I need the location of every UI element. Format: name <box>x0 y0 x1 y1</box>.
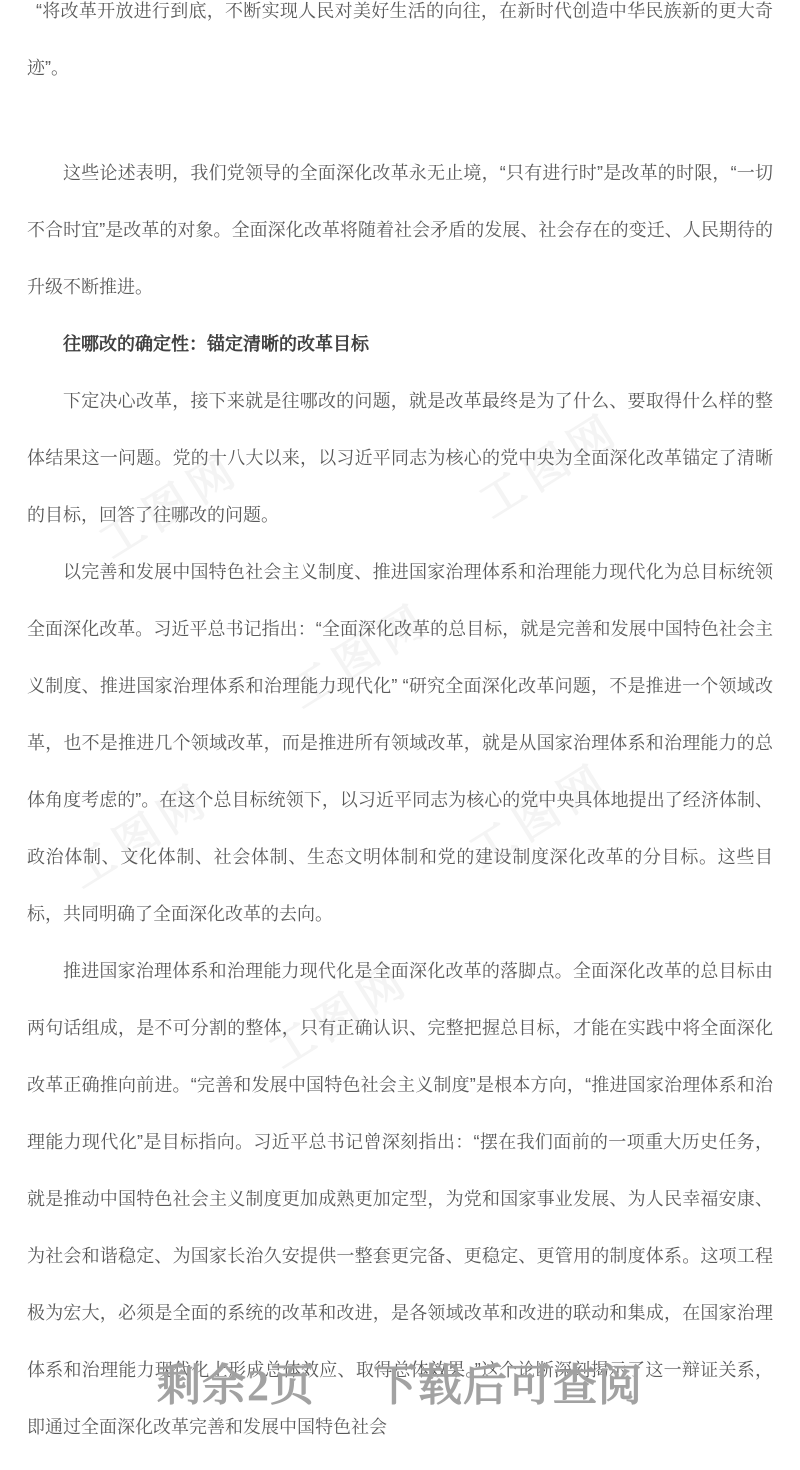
paragraph: 以完善和发展中国特色社会主义制度、推进国家治理体系和治理能力现代化为总目标统领全… <box>27 544 773 943</box>
remaining-pages-label: 剩余2页 <box>157 1361 315 1410</box>
paragraph: 这些论述表明，我们党领导的全面深化改革永无止境，“只有进行时”是改革的时限，“一… <box>27 145 773 316</box>
paragraph: 下定决心改革，接下来就是往哪改的问题，就是改革最终是为了什么、要取得什么样的整体… <box>27 373 773 544</box>
document-body: “将改革开放进行到底，不断实现人民对美好生活的向往，在新时代创造中华民族新的更大… <box>0 0 800 1456</box>
section-heading: 往哪改的确定性：锚定清晰的改革目标 <box>27 316 773 373</box>
download-hint-label: 下载后可查阅 <box>373 1361 643 1410</box>
document-preview-page: 工图网 工图网 工图网 工图网 工图网 工图网 “将改革开放进行到底，不断实现人… <box>0 0 800 1470</box>
paragraph-continuation: “将改革开放进行到底，不断实现人民对美好生活的向往，在新时代创造中华民族新的更大… <box>27 0 773 97</box>
preview-footer: 剩余2页 下载后可查阅 <box>0 1358 800 1414</box>
